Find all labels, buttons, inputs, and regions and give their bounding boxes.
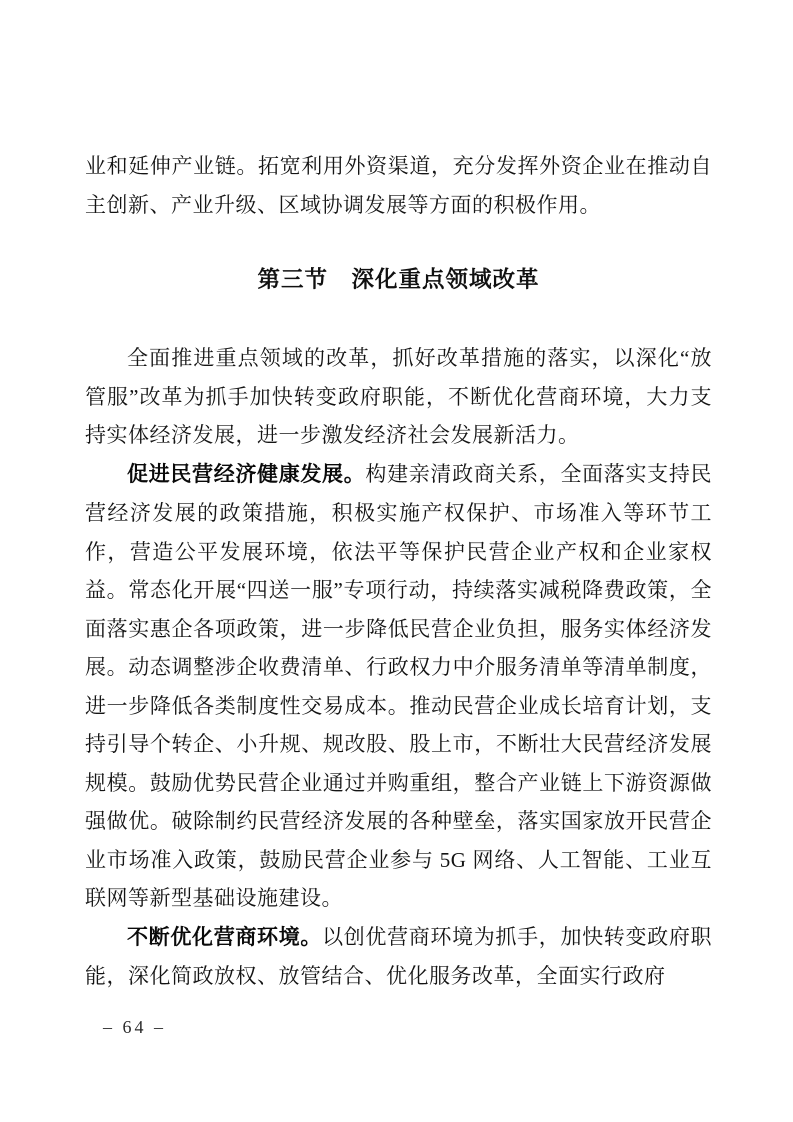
- paragraph-private-economy: 促进民营经济健康发展。构建亲清政商关系，全面落实支持民营经济发展的政策措施，积极…: [85, 455, 712, 918]
- page-number: – 64 –: [103, 1017, 166, 1038]
- page-content: 业和延伸产业链。拓宽利用外资渠道，充分发挥外资企业在推动自主创新、产业升级、区域…: [85, 147, 712, 996]
- paragraph-lead-text: 不断优化营商环境。: [127, 926, 322, 949]
- document-page: 业和延伸产业链。拓宽利用外资渠道，充分发挥外资企业在推动自主创新、产业升级、区域…: [0, 0, 793, 1122]
- paragraph-text: 构建亲清政商关系，全面落实支持民营经济发展的政策措施，积极实施产权保护、市场准入…: [85, 462, 712, 911]
- paragraph-business-environment: 不断优化营商环境。以创优营商环境为抓手，加快转变政府职能，深化简政放权、放管结合…: [85, 918, 712, 996]
- paragraph-continuation: 业和延伸产业链。拓宽利用外资渠道，充分发挥外资企业在推动自主创新、产业升级、区域…: [85, 147, 712, 224]
- paragraph-lead-text: 促进民营经济健康发展。: [127, 463, 365, 486]
- paragraph-text: 业和延伸产业链。拓宽利用外资渠道，充分发挥外资企业在推动自主创新、产业升级、区域…: [85, 154, 712, 217]
- section-heading: 第三节 深化重点领域改革: [85, 264, 712, 296]
- paragraph-text: 全面推进重点领域的改革，抓好改革措施的落实，以深化“放管服”改革为抓手加快转变政…: [85, 346, 712, 447]
- paragraph-overview: 全面推进重点领域的改革，抓好改革措施的落实，以深化“放管服”改革为抓手加快转变政…: [85, 339, 712, 455]
- section-heading-text: 第三节 深化重点领域改革: [257, 267, 539, 292]
